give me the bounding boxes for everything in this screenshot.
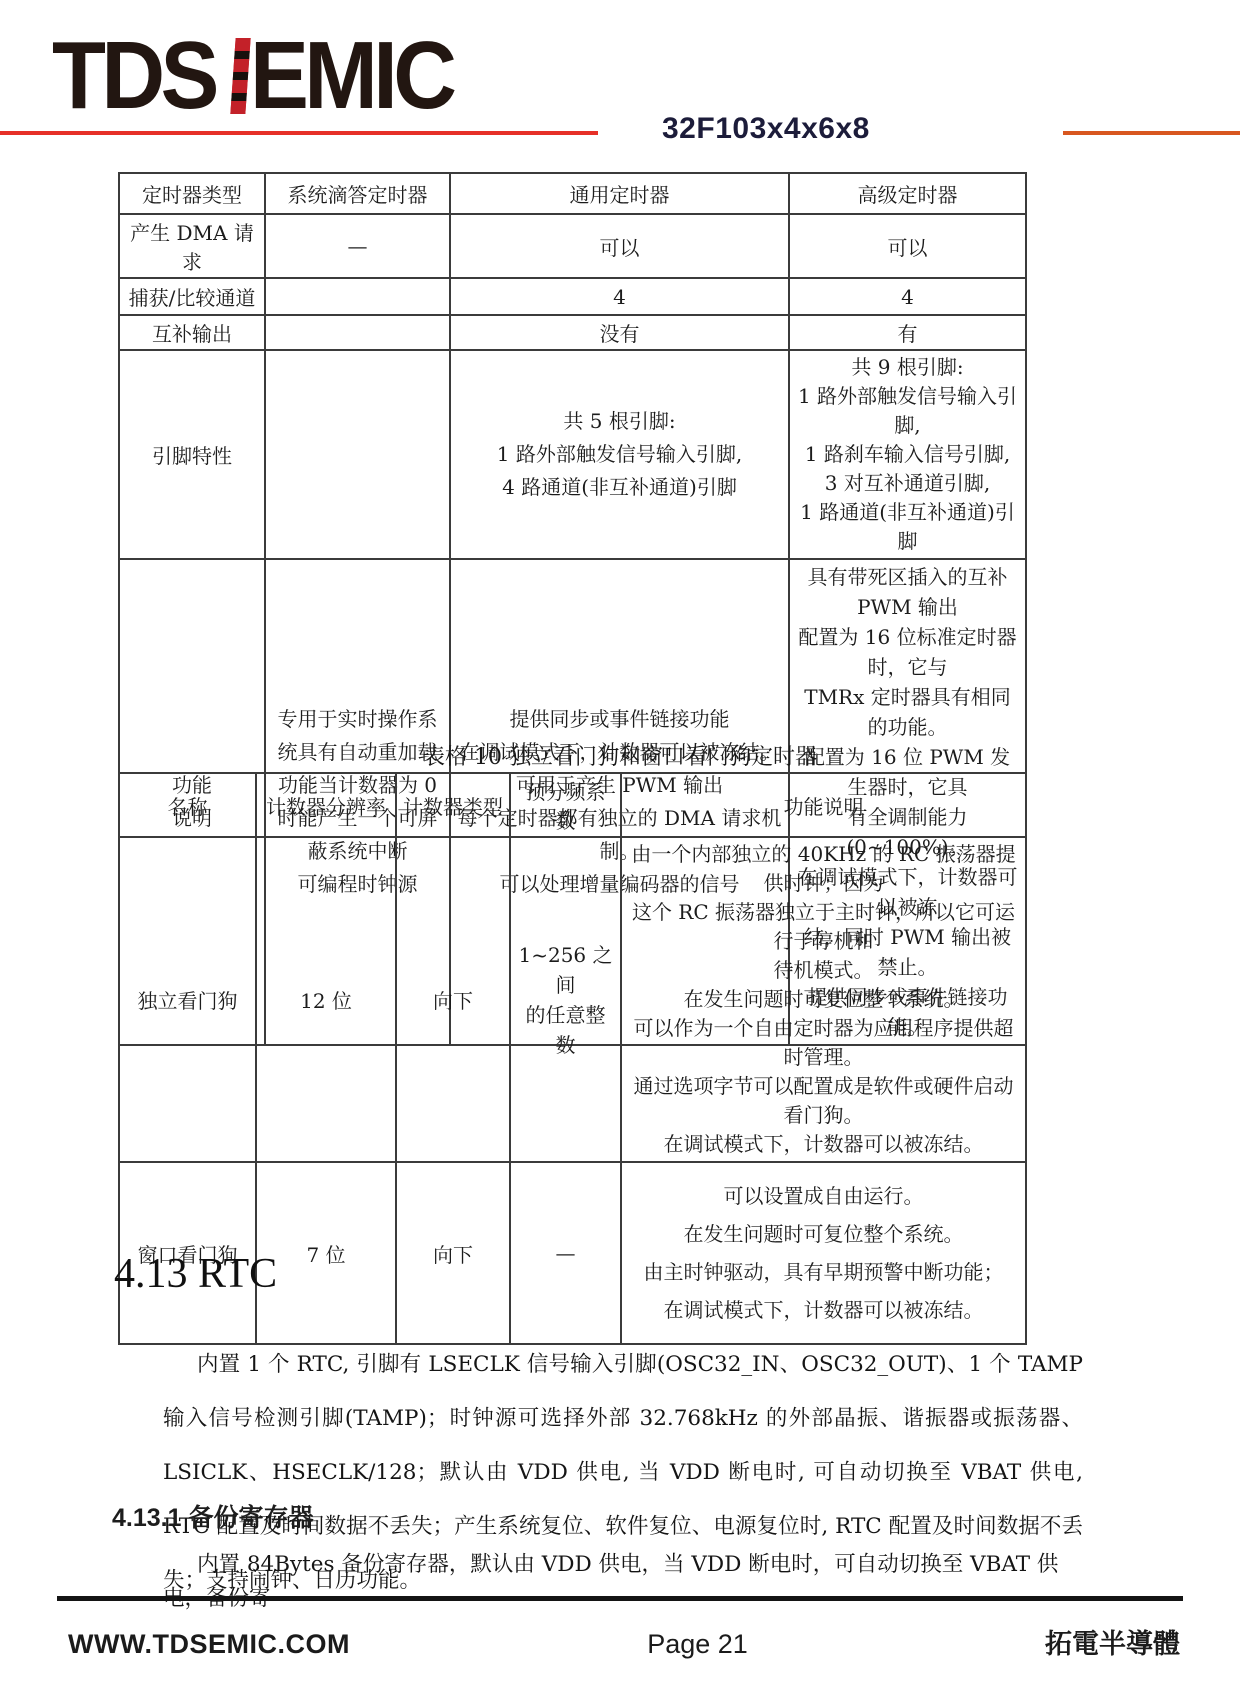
col-header: 名称: [119, 773, 256, 837]
col-header: 预分频系数: [510, 773, 621, 837]
col-header: 功能说明: [621, 773, 1026, 837]
footer-page-number: Page 21: [647, 1629, 748, 1660]
footer-company: 拓電半導體: [1045, 1622, 1180, 1661]
header-rule-red: [0, 131, 598, 135]
cell: 共 9 根引脚: 1 路外部触发信号输入引脚, 1 路刹车输入信号引脚, 3 对…: [789, 350, 1026, 559]
cell: 4: [789, 278, 1026, 315]
footer-url: WWW.TDSEMIC.COM: [68, 1629, 350, 1660]
cell: —: [510, 1162, 621, 1344]
cell: 没有: [450, 315, 789, 350]
col-header: 高级定时器: [789, 173, 1026, 214]
footer: WWW.TDSEMIC.COM Page 21 拓電半導體: [68, 1622, 1180, 1661]
cell: [265, 350, 450, 559]
cell: 向下: [396, 1162, 510, 1344]
table-row: 引脚特性 共 5 根引脚: 1 路外部触发信号输入引脚, 4 路通道(非互补通道…: [119, 350, 1026, 559]
cell: [265, 315, 450, 350]
row-label: 引脚特性: [119, 350, 265, 559]
header-rule-orange: [1063, 131, 1240, 135]
cell: 4: [450, 278, 789, 315]
cell: 可以: [789, 214, 1026, 278]
footer-divider: [57, 1596, 1183, 1601]
document-page: TDS EMIC 32F103x4x6x8 定时器类型 系统滴答定时器 通用定时…: [0, 0, 1240, 1694]
col-header: 系统滴答定时器: [265, 173, 450, 214]
col-header: 定时器类型: [119, 173, 265, 214]
table-row: 产生 DMA 请求 — 可以 可以: [119, 214, 1026, 278]
doc-title: 32F103x4x6x8: [662, 112, 870, 146]
cell: 可以: [450, 214, 789, 278]
table-row: 互补输出 没有 有: [119, 315, 1026, 350]
cell: 向下: [396, 837, 510, 1162]
row-label: 互补输出: [119, 315, 265, 350]
logo-red-bar-icon: [230, 38, 250, 114]
cell: 1~256 之间 的任意整数: [510, 837, 621, 1162]
section-heading: 4.13 RTC: [114, 1250, 277, 1298]
company-logo: TDS EMIC: [52, 28, 470, 124]
col-header: 通用定时器: [450, 173, 789, 214]
row-label: 捕获/比较通道: [119, 278, 265, 315]
cell: 12 位: [256, 837, 396, 1162]
cell: 由一个内部独立的 40KHz 的 RC 振荡器提供时钟；因为 这个 RC 振荡器…: [621, 837, 1026, 1162]
col-header: 计数器类型: [396, 773, 510, 837]
cell: 有: [789, 315, 1026, 350]
table-row: 捕获/比较通道 4 4: [119, 278, 1026, 315]
table-row: 独立看门狗 12 位 向下 1~256 之间 的任意整数 由一个内部独立的 40…: [119, 837, 1026, 1162]
table-header-row: 名称 计数器分辨率 计数器类型 预分频系数 功能说明: [119, 773, 1026, 837]
backup-register-paragraph: 内置 84Bytes 备份寄存器，默认由 VDD 供电，当 VDD 断电时，可自…: [163, 1548, 1083, 1616]
table-header-row: 定时器类型 系统滴答定时器 通用定时器 高级定时器: [119, 173, 1026, 214]
col-header: 计数器分辨率: [256, 773, 396, 837]
logo-text-right: EMIC: [250, 28, 452, 124]
cell: [265, 278, 450, 315]
cell: —: [265, 214, 450, 278]
cell: 共 5 根引脚: 1 路外部触发信号输入引脚, 4 路通道(非互补通道)引脚: [450, 350, 789, 559]
row-label: 产生 DMA 请求: [119, 214, 265, 278]
row-label: 独立看门狗: [119, 837, 256, 1162]
logo-text-left: TDS: [52, 28, 215, 124]
subsection-heading: 4.13.1 备份寄存器: [112, 1498, 313, 1534]
cell: 可以设置成自由运行。 在发生问题时可复位整个系统。 由主时钟驱动，具有早期预警中…: [621, 1162, 1026, 1344]
table-caption: 表格 10 独立看门狗和窗口看门狗定时器: [0, 740, 1240, 771]
